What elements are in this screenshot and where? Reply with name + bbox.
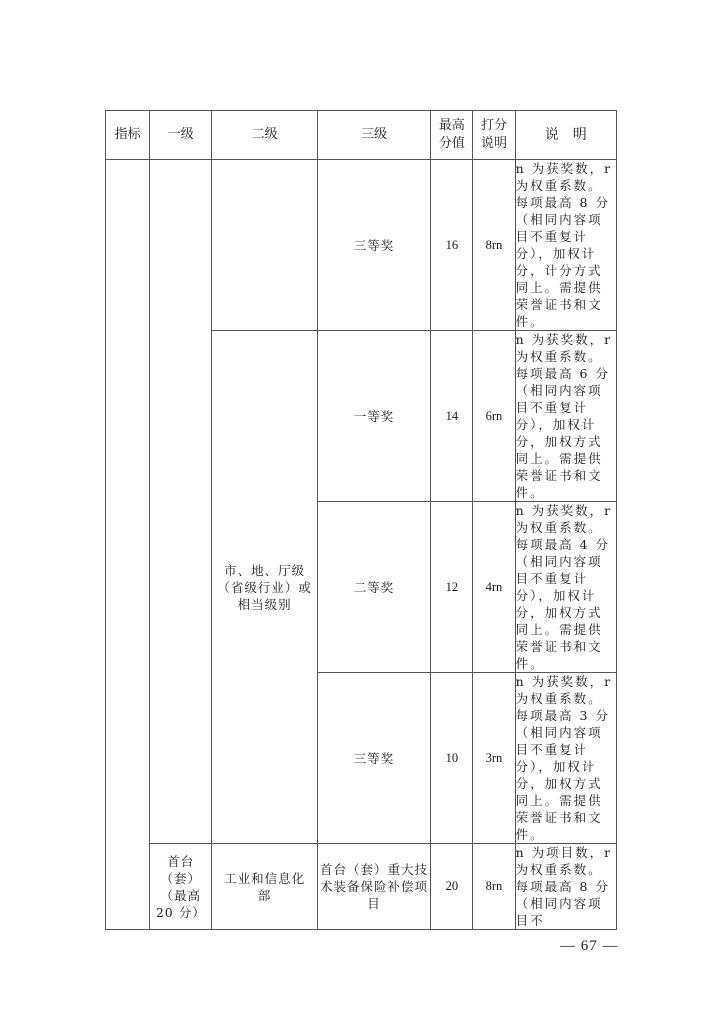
header-description: 说 明: [515, 111, 616, 160]
cell-description: n 为获奖数，r 为权重系数。每项最高 8 分（相同内容项目不重复计分），加权计…: [515, 160, 616, 331]
description-text: n 为获奖数，r 为权重系数。每项最高 6 分（相同内容项目不重复计分），加权计…: [516, 331, 616, 501]
header-scoring-rule: 打分 说明: [473, 111, 515, 160]
cell-scoring-rule: 3rn: [473, 673, 515, 844]
cell-scoring-rule: 8rn: [473, 844, 515, 930]
cell-max-score: 14: [431, 331, 473, 502]
description-text: n 为获奖数，r 为权重系数。每项最高 3 分（相同内容项目不重复计分），加权计…: [516, 673, 616, 843]
header-level1: 一级: [150, 111, 212, 160]
header-zhibiao: 指标: [106, 111, 150, 160]
table-row: 三等奖 16 8rn n 为获奖数，r 为权重系数。每项最高 8 分（相同内容项…: [106, 160, 617, 331]
page-number: — 67 —: [560, 938, 619, 955]
cell-level2: [212, 160, 317, 331]
cell-scoring-rule: 4rn: [473, 502, 515, 673]
header-max-score: 最高 分值: [431, 111, 473, 160]
description-text: n 为获奖数，r 为权重系数。每项最高 8 分（相同内容项目不重复计分），加权计…: [516, 160, 616, 330]
cell-level1: 首台（套）（最高 20 分）: [150, 844, 212, 930]
cell-scoring-rule: 8rn: [473, 160, 515, 331]
cell-description: n 为获奖数，r 为权重系数。每项最高 6 分（相同内容项目不重复计分），加权计…: [515, 331, 616, 502]
cell-level1: [150, 160, 212, 844]
header-level2: 二级: [212, 111, 317, 160]
scoring-table: 指标 一级 二级 三级 最高 分值 打分 说明 说 明 三等奖 16 8rn n…: [105, 110, 617, 930]
cell-level3: 三等奖: [317, 160, 430, 331]
cell-description: n 为获奖数，r 为权重系数。每项最高 3 分（相同内容项目不重复计分），加权计…: [515, 673, 616, 844]
cell-max-score: 12: [431, 502, 473, 673]
cell-scoring-rule: 6rn: [473, 331, 515, 502]
description-text: n 为获奖数，r 为权重系数。每项最高 4 分（相同内容项目不重复计分），加权计…: [516, 502, 616, 672]
header-level3: 三级: [317, 111, 430, 160]
cell-max-score: 16: [431, 160, 473, 331]
cell-level2: 工业和信息化部: [212, 844, 317, 930]
document-page: 指标 一级 二级 三级 最高 分值 打分 说明 说 明 三等奖 16 8rn n…: [0, 0, 724, 1024]
table-header-row: 指标 一级 二级 三级 最高 分值 打分 说明 说 明: [106, 111, 617, 160]
cell-level3: 三等奖: [317, 673, 430, 844]
cell-level3: 首台（套）重大技术装备保险补偿项目: [317, 844, 430, 930]
cell-max-score: 20: [431, 844, 473, 930]
cell-description: n 为获奖数，r 为权重系数。每项最高 4 分（相同内容项目不重复计分），加权计…: [515, 502, 616, 673]
cell-max-score: 10: [431, 673, 473, 844]
cell-zhibiao: [106, 160, 150, 930]
cell-level3: 一等奖: [317, 331, 430, 502]
table-row: 首台（套）（最高 20 分） 工业和信息化部 首台（套）重大技术装备保险补偿项目…: [106, 844, 617, 930]
cell-description: n 为项目数，r 为权重系数。每项最高 8 分（相同内容项目不: [515, 844, 616, 930]
cell-level2-merged: 市、地、厅级（省级行业）或相当级别: [212, 331, 317, 844]
description-text: n 为项目数，r 为权重系数。每项最高 8 分（相同内容项目不: [516, 844, 616, 929]
cell-level3: 二等奖: [317, 502, 430, 673]
